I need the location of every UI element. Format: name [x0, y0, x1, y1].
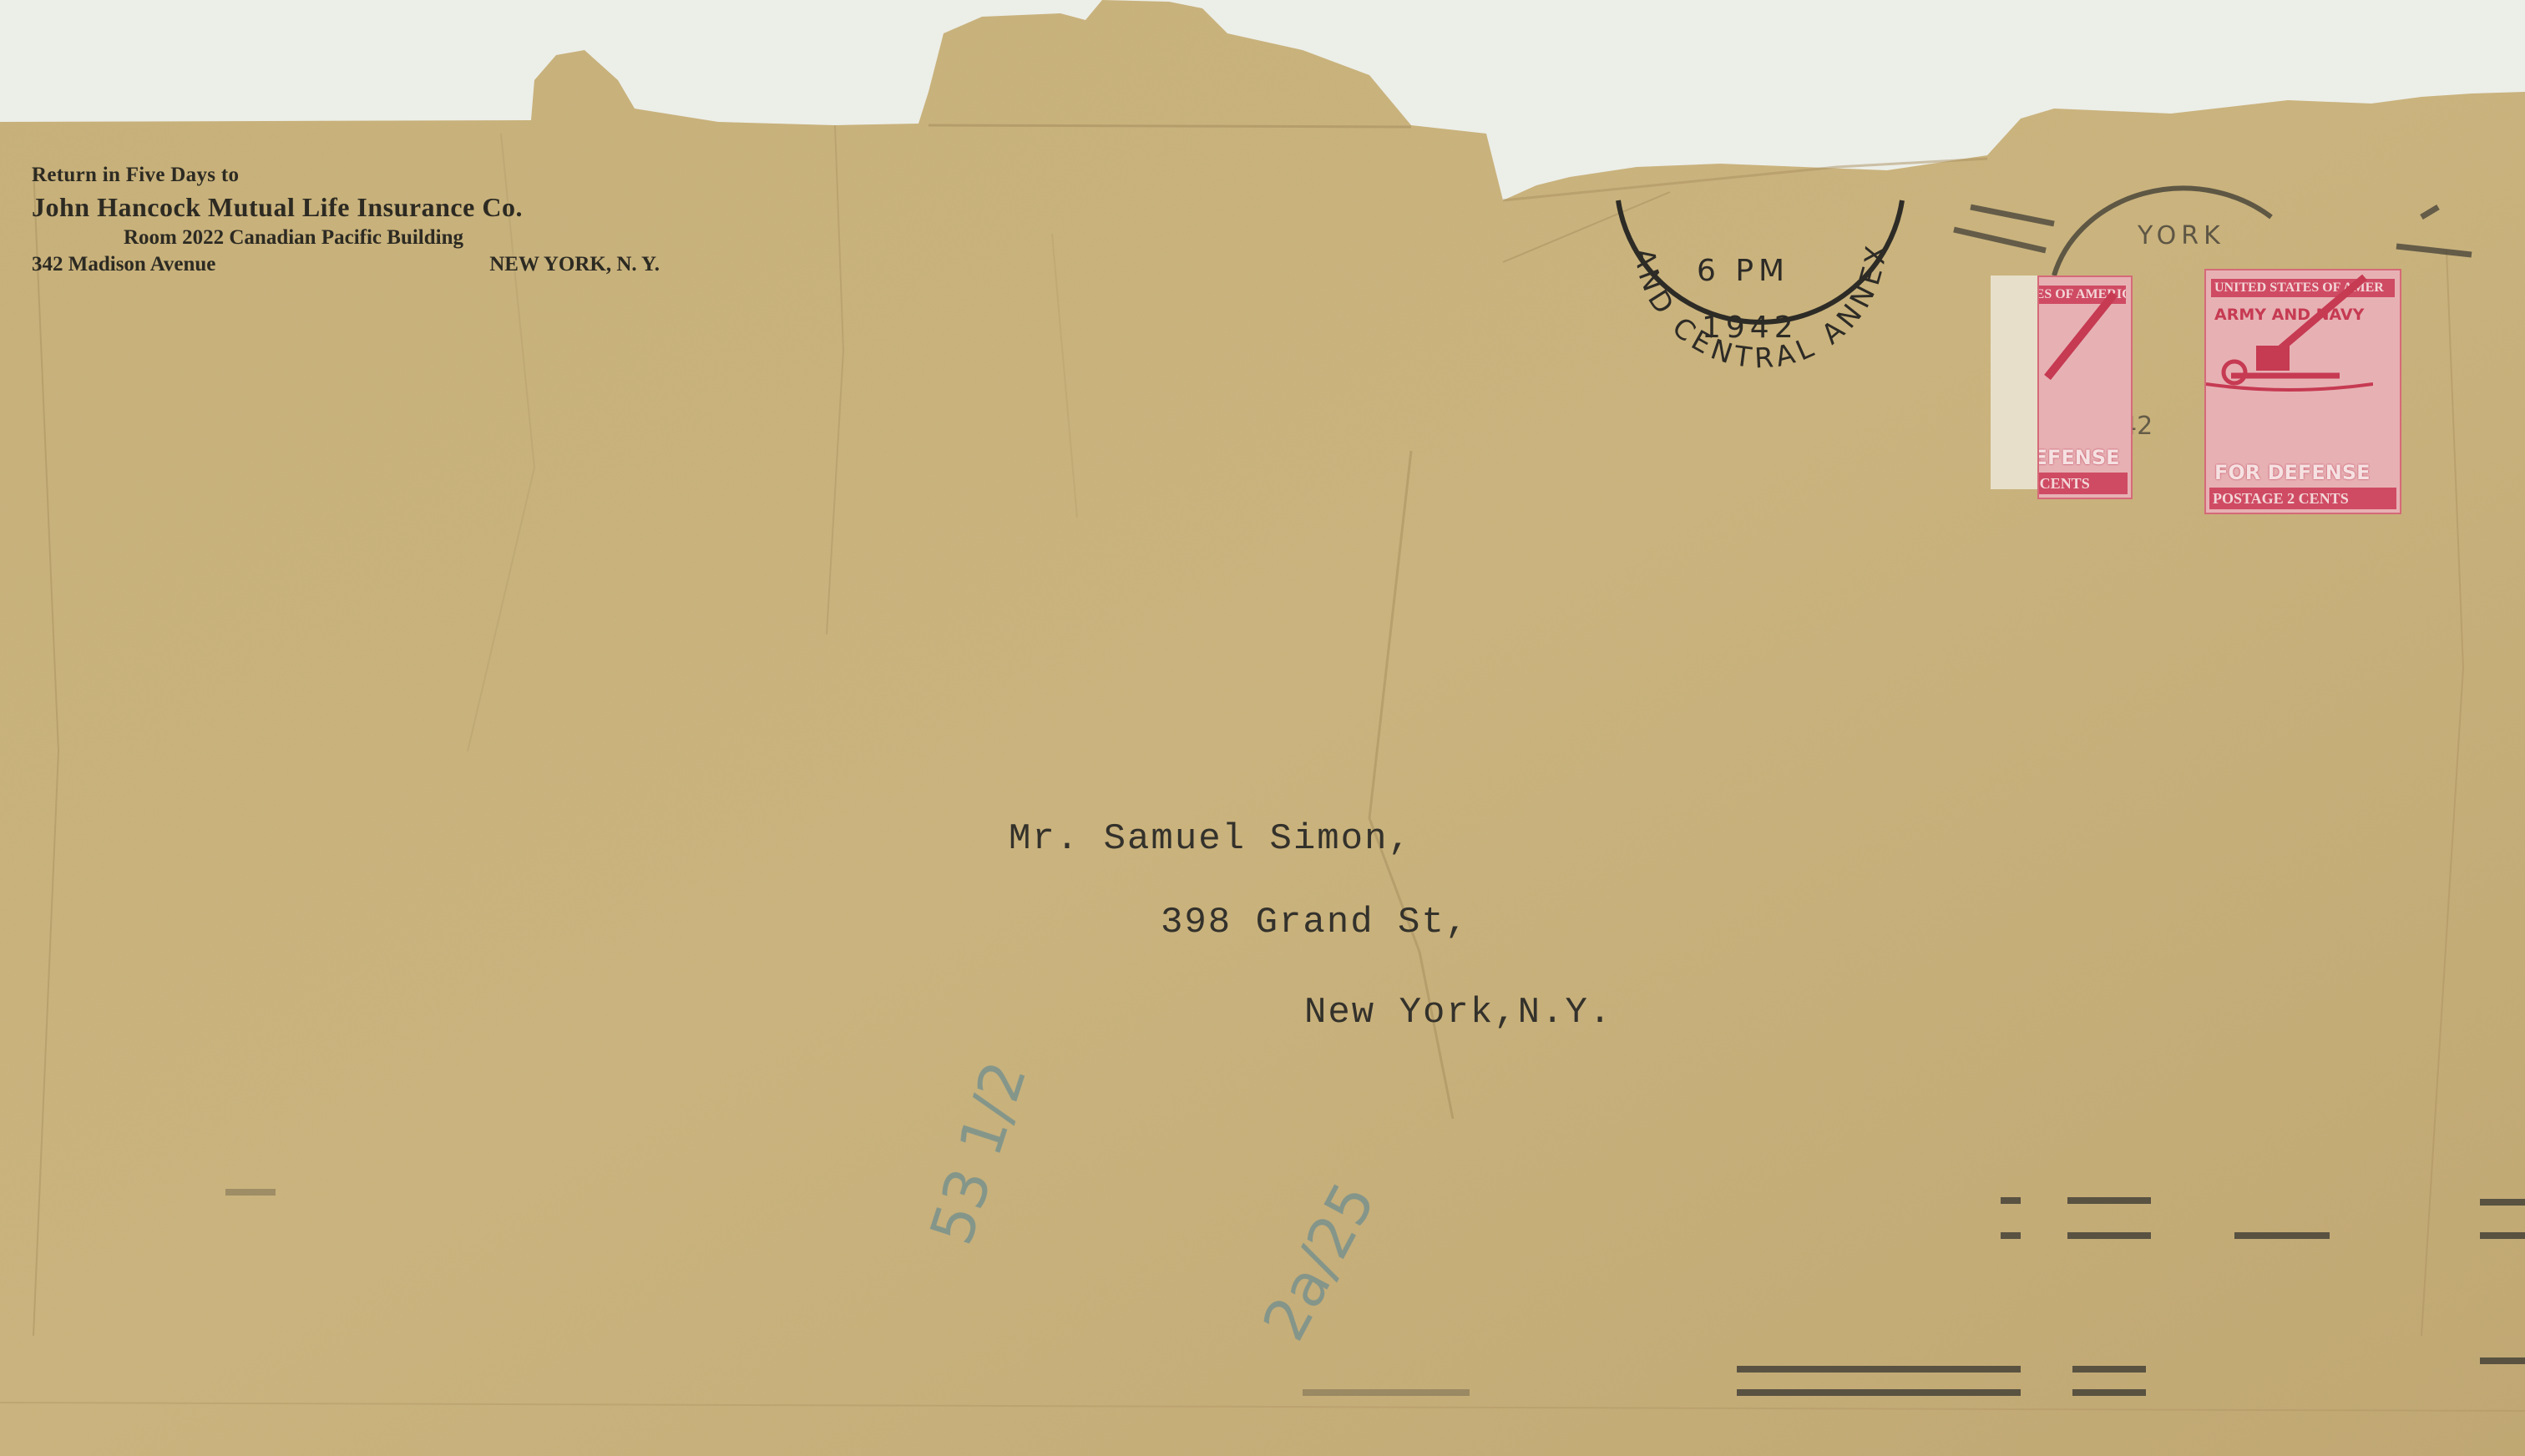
stamp-caption: FOR DEFENSE	[2037, 446, 2120, 469]
stamp-caption: FOR DEFENSE	[2214, 461, 2371, 484]
postage-stamp: UNITED STATES OF AMER ARMY AND NAVY FOR …	[2204, 269, 2401, 514]
recipient-name: Mr. Samuel Simon,	[1009, 818, 1412, 860]
recipient-city: New York,N.Y.	[1304, 992, 1612, 1034]
anti-aircraft-gun-icon	[2039, 277, 2123, 411]
svg-text:YORK: YORK	[2137, 221, 2225, 250]
postage-stamp-torn: UNITED STATES OF AMERICA FOR DEFENSE POS…	[2037, 276, 2133, 499]
cancellation-marks: YORK 42	[0, 0, 2525, 1456]
stamp-value: POSTAGE 2 CENTS	[2209, 488, 2396, 509]
envelope-scan: Return in Five Days to John Hancock Mutu…	[0, 0, 2525, 1456]
anti-aircraft-gun-icon	[2206, 270, 2373, 396]
envelope: Return in Five Days to John Hancock Mutu…	[0, 0, 2525, 1456]
recipient-street: 398 Grand St,	[1161, 902, 1469, 943]
stamp-value: POSTAGE 2 CENTS	[2037, 473, 2128, 494]
